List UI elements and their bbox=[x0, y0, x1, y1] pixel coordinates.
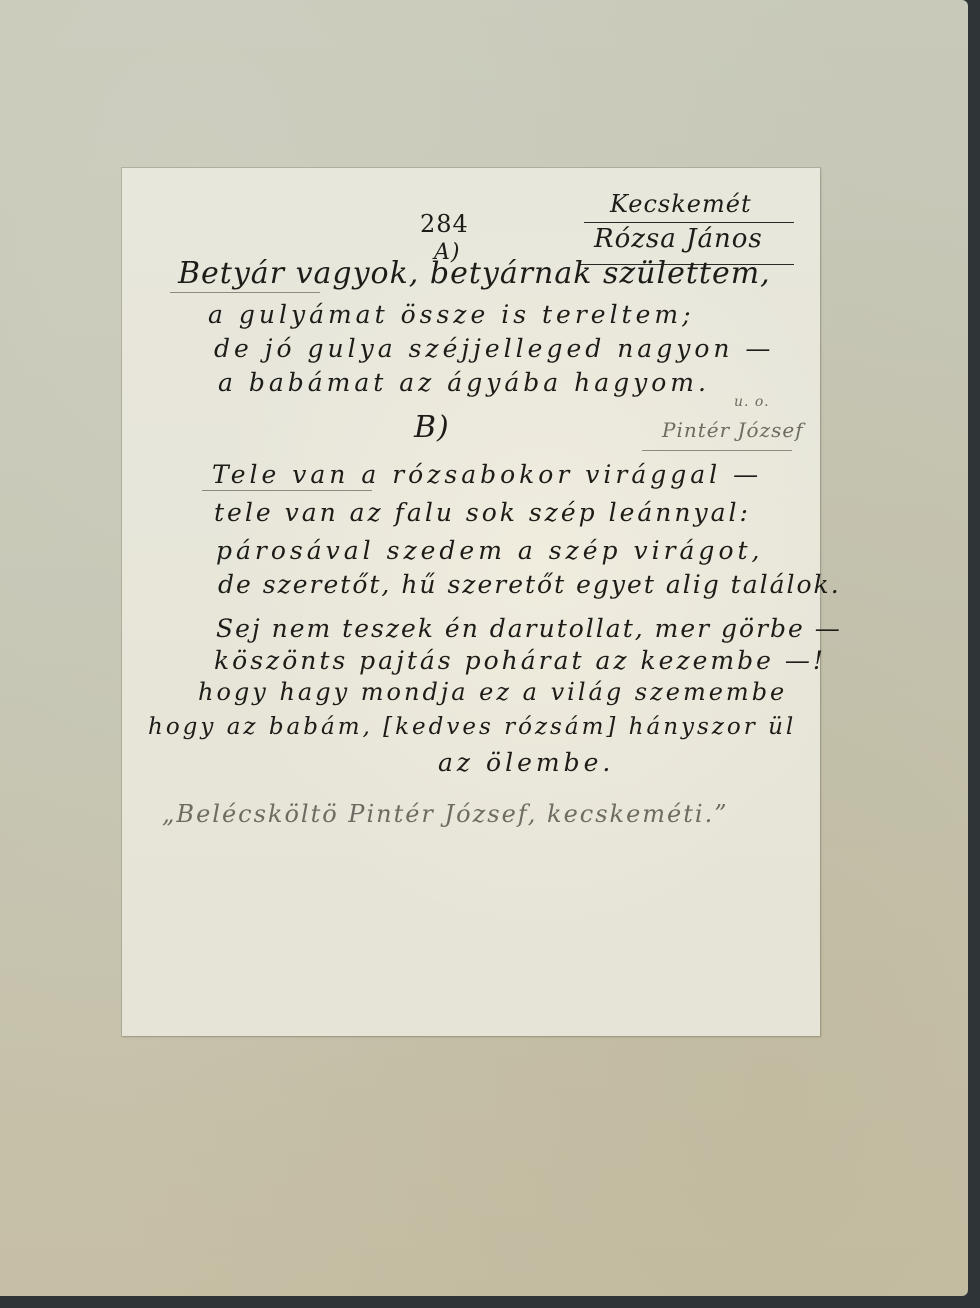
place-name: Kecskemét bbox=[610, 190, 752, 218]
poem-a-line-1: Betyár vagyok, betyárnak születtem, bbox=[178, 256, 771, 291]
poem-a-line-4: a babámat az ágyába hagyom. bbox=[218, 368, 710, 397]
footer-note: „Belécsköltö Pintér József, kecskeméti.” bbox=[162, 800, 728, 828]
poem-a-line-3: de jó gulya széjjelleged nagyon — bbox=[214, 334, 774, 363]
poem-a-line-2: a gulyámat össze is tereltem; bbox=[208, 300, 695, 329]
attribution-name: Pintér József bbox=[662, 418, 804, 442]
poem-c-line-4: hogy az babám, [kedves rózsám] hányszor … bbox=[148, 714, 796, 740]
pencil-margin-mark-b bbox=[202, 490, 372, 491]
poem-c-line-5: az ölembe. bbox=[438, 748, 614, 777]
poem-b-line-3: párosával szedem a szép virágot, bbox=[216, 536, 763, 565]
place-underline bbox=[584, 222, 794, 223]
mounting-board: Kecskemét 284 Rózsa János A) Betyár vagy… bbox=[0, 0, 968, 1296]
poem-b-line-4: de szeretőt, hű szeretőt egyet alig talá… bbox=[218, 570, 841, 599]
poem-b-line-2: tele van az falu sok szép leánnyal: bbox=[214, 498, 751, 527]
manuscript-page: Kecskemét 284 Rózsa János A) Betyár vagy… bbox=[122, 168, 820, 1036]
poem-c-line-3: hogy hagy mondja ez a világ szemembe bbox=[198, 678, 787, 706]
section-b-label: B) bbox=[414, 410, 450, 445]
poem-b-line-1: Tele van a rózsabokor virággal — bbox=[212, 460, 762, 489]
manuscript-number: 284 bbox=[420, 210, 469, 238]
pencil-margin-mark bbox=[170, 292, 320, 293]
poem-c-line-2: köszönts pajtás pohárat az kezembe —! bbox=[214, 646, 826, 675]
attribution-underline bbox=[642, 450, 792, 451]
attribution-note: u. o. bbox=[734, 394, 770, 410]
poem-c-line-1: Sej nem teszek én darutollat, mer görbe … bbox=[216, 614, 842, 643]
collector-name: Rózsa János bbox=[594, 224, 763, 254]
